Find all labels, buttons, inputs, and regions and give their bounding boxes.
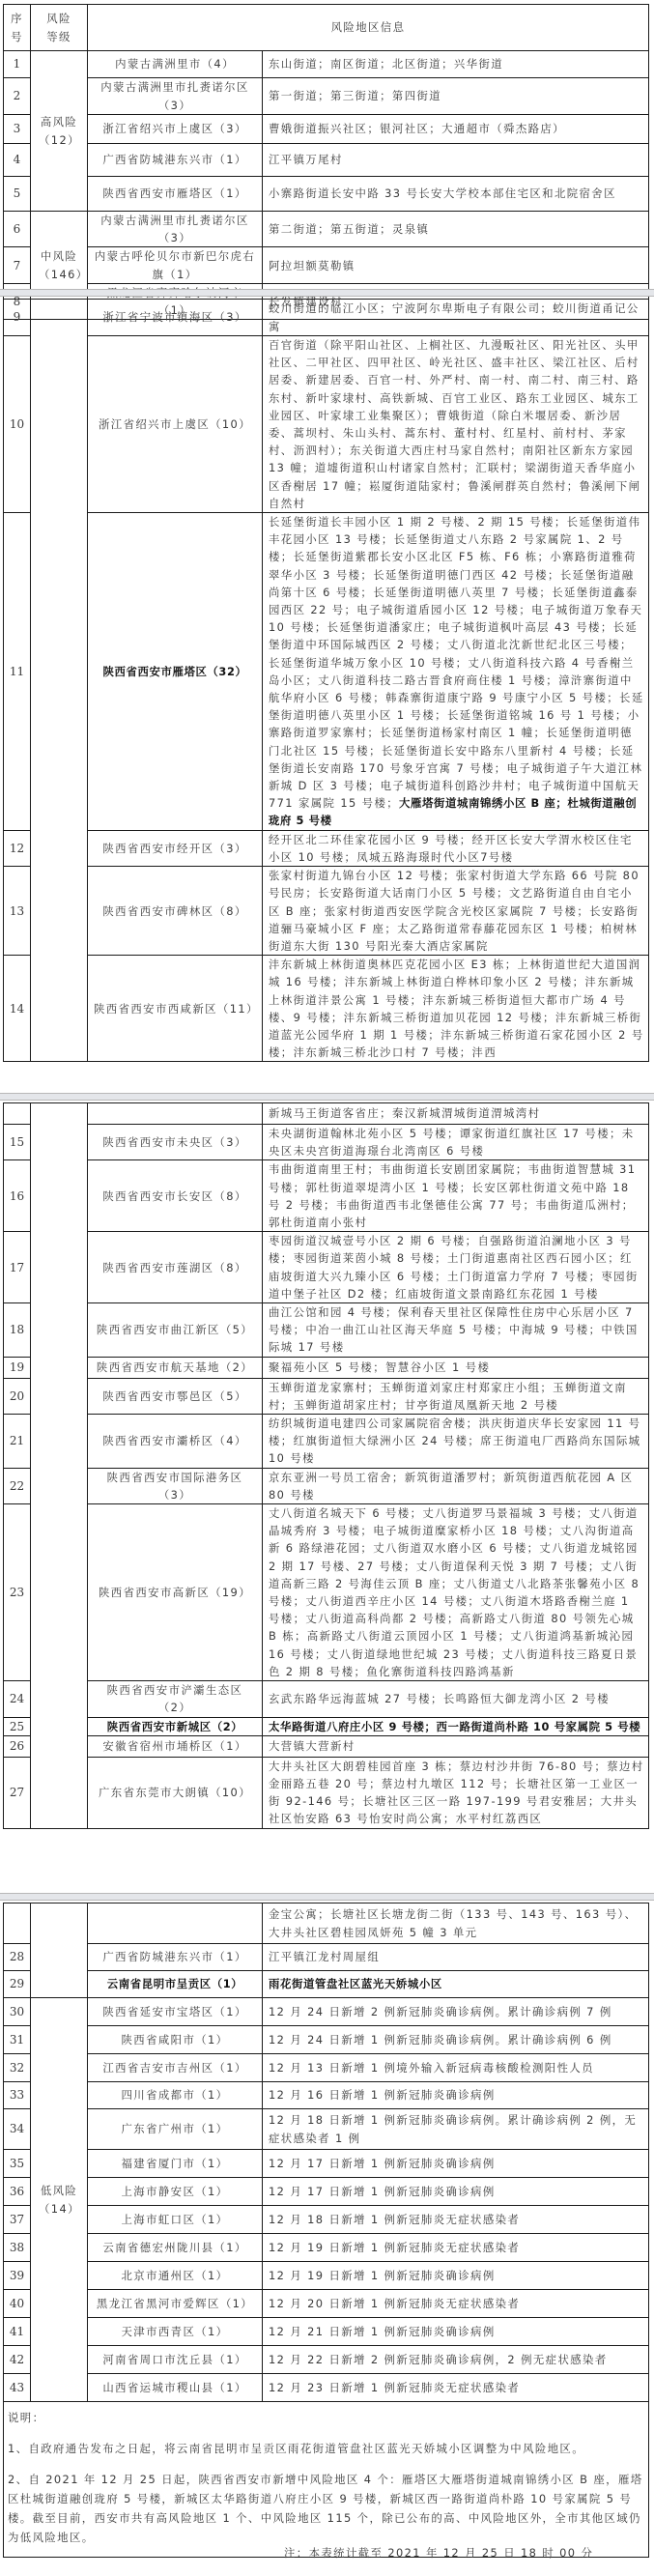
table-row: 28 广西省防城港东兴市（1） 江平镇江龙村周屋组	[4, 1944, 649, 1971]
table-row: 41 天津市西青区（1） 12 月 21 日新增 1 例新冠肺炎确诊病例	[4, 2318, 649, 2346]
row-no: 23	[4, 1504, 31, 1681]
row-area: 上海市静安区（1）	[88, 2178, 263, 2206]
row-info: 第一街道；第三街道；第四街道	[263, 78, 649, 115]
row-no: 17	[4, 1232, 31, 1303]
table-row: 2 内蒙古满洲里市扎赉诺尔区（3） 第一街道；第三街道；第四街道	[4, 78, 649, 115]
row-area: 陕西省西安市灞桥区（4）	[88, 1415, 263, 1469]
table-row: 34 广东省广州市（1） 12 月 18 日新增 1 例新冠肺炎确诊病例。累计确…	[4, 2109, 649, 2150]
row-info: 阿拉坦额莫勒镇	[263, 247, 649, 283]
level-medium-cont	[31, 1903, 88, 1998]
row-no	[4, 1103, 31, 1125]
level-medium-cont	[31, 1103, 88, 1829]
table-row: 5 陕西省西安市雁塔区（1） 小寨路街道长安中路 33 号长安大学校本部住宅区和…	[4, 177, 649, 212]
row-info: 12 月 24 日新增 1 例新冠肺炎确诊病例。累计确诊病例 6 例	[263, 2026, 649, 2054]
row-area: 陕西省西安市浐灞生态区（2）	[88, 1681, 263, 1717]
table-row: 37 上海市虹口区（1） 12 月 18 日新增 1 例新冠肺炎无症状感染者	[4, 2206, 649, 2234]
row-area: 陕西省西安市未央区（3）	[88, 1125, 263, 1160]
row-no: 40	[4, 2290, 31, 2318]
row-no: 19	[4, 1357, 31, 1378]
table-row: 33 四川省成都市（1） 12 月 16 日新增 1 例新冠肺炎确诊病例	[4, 2082, 649, 2109]
row-info: 沣东新城上林街道奥林匹克花园小区 E3 栋；上林街道世纪大道国润城 16 号楼；…	[263, 956, 649, 1062]
row-info: 玉蝉街道龙家寨村；玉蝉街道刘家庄村郑家庄小组；玉蝉街道文南村；玉蝉街道胡家庄村；…	[263, 1378, 649, 1414]
page-break	[0, 1893, 654, 1901]
risk-table-page-3: 新城马王街道客省庄；秦汉新城渭城街道渭城湾村 15 陕西省西安市未央区（3） 未…	[3, 1102, 649, 1829]
table-row: 7 内蒙古呼伦贝尔市新巴尔虎右旗（1） 阿拉坦额莫勒镇	[4, 247, 649, 283]
row-info: 12 月 18 日新增 1 例新冠肺炎确诊病例。累计确诊病例 2 例，无症状感染…	[263, 2109, 649, 2150]
table-row: 10 浙江省绍兴市上虞区（10） 百官街道（除平阳山社区、上榈社区、九漫畈社区、…	[4, 336, 649, 513]
table-row: 19 陕西省西安市航天基地（2） 聚福苑小区 5 号楼；智慧谷小区 1 号楼	[4, 1357, 649, 1378]
page-2: 9 浙江省宁波市镇海区（3） 蛟川街道的临江小区；宁波阿尔卑斯电子有限公司；蛟川…	[3, 299, 648, 1062]
table-row: 6 中风险（146） 内蒙古满洲里市扎赉诺尔区（3） 第二街道；第五街道；灵泉镇	[4, 212, 649, 247]
row-info: 大营镇大营新村	[263, 1735, 649, 1757]
row-area: 陕西省西安市高新区（19）	[88, 1504, 263, 1681]
table-row: 金宝公寓；长塘社区长塘龙街二街（133 号、143 号、163 号）、大井头社区…	[4, 1903, 649, 1944]
row-no: 35	[4, 2150, 31, 2178]
row-info: 纺织城街道电建四公司家属院宿舍楼；洪庆街道庆华长安家园 11 号楼；红旗街道恒大…	[263, 1415, 649, 1469]
row-info: 新城马王街道客省庄；秦汉新城渭城街道渭城湾村	[263, 1103, 649, 1125]
row-info: 12 月 19 日新增 1 例新冠肺炎无症状感染者	[263, 2234, 649, 2262]
row-info: 丈八街道名城天下 6 号楼；丈八街道罗马景福城 3 号楼；丈八街道晶城秀府 3 …	[263, 1504, 649, 1681]
row-info: 12 月 23 日新增 1 例新冠肺炎无症状感染者	[263, 2374, 649, 2402]
table-row: 36 上海市静安区（1） 12 月 17 日新增 1 例新冠肺炎确诊病例	[4, 2178, 649, 2206]
table-row: 9 浙江省宁波市镇海区（3） 蛟川街道的临江小区；宁波阿尔卑斯电子有限公司；蛟川…	[4, 300, 649, 336]
table-row: 32 江西省吉安市吉州区（1） 12 月 13 日新增 1 例境外输入新冠病毒核…	[4, 2054, 649, 2082]
table-row: 26 安徽省宿州市埇桥区（1） 大营镇大营新村	[4, 1735, 649, 1757]
note-item-1: 1、自政府通告发布之日起，将云南省昆明市呈贡区雨花街道管盘社区蓝光天娇城小区调整…	[8, 2439, 644, 2458]
row-area	[88, 1903, 263, 1944]
row-area: 陕西省西安市航天基地（2）	[88, 1357, 263, 1378]
row-no: 24	[4, 1681, 31, 1717]
table-row: 40 黑龙江省黑河市爱辉区（1） 12 月 20 日新增 1 例新冠肺炎无症状感…	[4, 2290, 649, 2318]
table-row: 27 广东省东莞市大朗镇（10） 大井头社区大朗碧桂园首座 3 栋；蔡边村沙井街…	[4, 1757, 649, 1828]
row-area: 陕西省西安市长安区（8）	[88, 1160, 263, 1232]
row-no: 3	[4, 115, 31, 144]
row-no: 22	[4, 1468, 31, 1503]
row-area: 浙江省宁波市镇海区（3）	[88, 300, 263, 336]
row-no: 7	[4, 247, 31, 283]
row-info: 未央湖街道翰林北苑小区 5 号楼；谭家街道红旗社区 17 号楼；未央区未央宫街道…	[263, 1125, 649, 1160]
row-info: 第二街道；第五街道；灵泉镇	[263, 212, 649, 247]
row-area: 陕西省西安市鄠邑区（5）	[88, 1378, 263, 1414]
row-area: 浙江省绍兴市上虞区（3）	[88, 115, 263, 144]
table-row: 1 高风险（12） 内蒙古满洲里市（4） 东山街道；南区街道；北区街道；兴华街道	[4, 51, 649, 78]
row-no: 13	[4, 867, 31, 956]
level-low: 低风险（14）	[31, 1998, 88, 2402]
row-area: 陕西省西安市经开区（3）	[88, 830, 263, 866]
row-no: 15	[4, 1125, 31, 1160]
row-no: 30	[4, 1998, 31, 2026]
row-no: 11	[4, 513, 31, 831]
table-row: 17 陕西省西安市莲湖区（8） 枣园街道汉城壹号小区 2 期 6 号楼；自强路街…	[4, 1232, 649, 1303]
row-area: 陕西省西安市雁塔区（32）	[88, 513, 263, 831]
notes-title: 说明：	[8, 2408, 644, 2427]
row-no: 1	[4, 51, 31, 78]
row-area: 陕西省西安市西咸新区（11）	[88, 956, 263, 1062]
row-area: 广西省防城港东兴市（1）	[88, 144, 263, 177]
table-row: 15 陕西省西安市未央区（3） 未央湖街道翰林北苑小区 5 号楼；谭家街道红旗社…	[4, 1125, 649, 1160]
row-area: 天津市西青区（1）	[88, 2318, 263, 2346]
row-no: 21	[4, 1415, 31, 1469]
row-area: 陕西省西安市雁塔区（1）	[88, 177, 263, 212]
row-area: 黑龙江省黑河市爱辉区（1）	[88, 2290, 263, 2318]
row-area: 陕西省西安市曲江新区（5）	[88, 1303, 263, 1358]
row-info: 江平镇万尾村	[263, 144, 649, 177]
row-info: 12 月 18 日新增 1 例新冠肺炎无症状感染者	[263, 2206, 649, 2234]
row-no: 5	[4, 177, 31, 212]
row-no: 27	[4, 1757, 31, 1828]
row-area: 陕西省西安市莲湖区（8）	[88, 1232, 263, 1303]
table-row: 新城马王街道客省庄；秦汉新城渭城街道渭城湾村	[4, 1103, 649, 1125]
row-info: 小寨路街道长安中路 33 号长安大学校本部住宅区和北院宿舍区	[263, 177, 649, 212]
header-level: 风险等级	[31, 5, 88, 51]
header-info: 风险地区信息	[88, 5, 649, 51]
row-no: 9	[4, 300, 31, 336]
row-no: 18	[4, 1303, 31, 1358]
row-info: 大井头社区大朗碧桂园首座 3 栋；蔡边村沙井街 76-80 号；蔡边村金丽路五巷…	[263, 1757, 649, 1828]
row-no: 16	[4, 1160, 31, 1232]
table-row: 11 陕西省西安市雁塔区（32） 长延堡街道长丰园小区 1 期 2 号楼、2 期…	[4, 513, 649, 831]
table-row: 21 陕西省西安市灞桥区（4） 纺织城街道电建四公司家属院宿舍楼；洪庆街道庆华长…	[4, 1415, 649, 1469]
row-area: 陕西省咸阳市（1）	[88, 2026, 263, 2054]
row-area: 广东省广州市（1）	[88, 2109, 263, 2150]
page-4: 金宝公寓；长塘社区长塘龙街二街（133 号、143 号、163 号）、大井头社区…	[3, 1903, 648, 2558]
table-row: 4 广西省防城港东兴市（1） 江平镇万尾村	[4, 144, 649, 177]
row-area: 内蒙古满洲里市扎赉诺尔区（3）	[88, 78, 263, 115]
risk-table-page-4: 金宝公寓；长塘社区长塘龙街二街（133 号、143 号、163 号）、大井头社区…	[3, 1903, 649, 2558]
row-area: 陕西省西安市国际港务区（3）	[88, 1468, 263, 1503]
table-row: 23 陕西省西安市高新区（19） 丈八街道名城天下 6 号楼；丈八街道罗马景福城…	[4, 1504, 649, 1681]
row-info: 12 月 17 日新增 1 例新冠肺炎确诊病例	[263, 2150, 649, 2178]
row-no: 26	[4, 1735, 31, 1757]
notes-cell: 说明： 1、自政府通告发布之日起，将云南省昆明市呈贡区雨花街道管盘社区蓝光天娇城…	[4, 2402, 649, 2558]
row-no: 34	[4, 2109, 31, 2150]
row-no: 28	[4, 1944, 31, 1971]
row-area: 河南省周口市沈丘县（1）	[88, 2346, 263, 2374]
row-info: 长延堡街道长丰园小区 1 期 2 号楼、2 期 15 号楼；长延堡街道伟丰花园小…	[263, 513, 649, 831]
header-no: 序号	[4, 5, 31, 51]
footnote: 注：本表统计截至 2021 年 12 月 25 日 18 时 00 分	[284, 2545, 593, 2561]
row-info: 雨花街道管盘社区蓝光天娇城小区	[263, 1971, 649, 1998]
row-info: 东山街道；南区街道；北区街道；兴华街道	[263, 51, 649, 78]
row-no: 43	[4, 2374, 31, 2402]
table-row: 22 陕西省西安市国际港务区（3） 京东亚洲一号员工宿舍；新筑街道潘罗村；新筑街…	[4, 1468, 649, 1503]
row-area: 上海市虹口区（1）	[88, 2206, 263, 2234]
row-info: 京东亚洲一号员工宿舍；新筑街道潘罗村；新筑街道西航花园 A 区 80 号楼	[263, 1468, 649, 1503]
row-area: 广东省东莞市大朗镇（10）	[88, 1757, 263, 1828]
row-info: 太华路街道八府庄小区 9 号楼；西一路街道尚朴路 10 号家属院 5 号楼	[263, 1717, 649, 1735]
row-no: 32	[4, 2054, 31, 2082]
row-area: 福建省厦门市（1）	[88, 2150, 263, 2178]
row-area	[88, 1103, 263, 1125]
row-no: 25	[4, 1717, 31, 1735]
row-info: 曹娥街道振兴社区；银河社区；大通超市（舜杰路店）	[263, 115, 649, 144]
row-no: 37	[4, 2206, 31, 2234]
table-row: 39 北京市通州区（1） 12 月 19 日新增 1 例新冠肺炎确诊病例	[4, 2262, 649, 2290]
row-info: 枣园街道汉城壹号小区 2 期 6 号楼；自强路街道泊澜地小区 3 号楼；枣园街道…	[263, 1232, 649, 1303]
row-info-text: 长延堡街道长丰园小区 1 期 2 号楼、2 期 15 号楼；长延堡街道伟丰花园小…	[269, 515, 644, 810]
table-row: 42 河南省周口市沈丘县（1） 12 月 22 日新增 2 例新冠肺炎确诊病例，…	[4, 2346, 649, 2374]
table-row: 12 陕西省西安市经开区（3） 经开区北二环佳家花园小区 9 号楼；经开区长安大…	[4, 830, 649, 866]
risk-table-page-2: 9 浙江省宁波市镇海区（3） 蛟川街道的临江小区；宁波阿尔卑斯电子有限公司；蛟川…	[3, 299, 649, 1062]
table-row: 30 低风险（14） 陕西省延安市宝塔区（1） 12 月 24 日新增 2 例新…	[4, 1998, 649, 2026]
level-medium-cont	[31, 300, 88, 1062]
table-row: 43 山西省运城市稷山县（1） 12 月 23 日新增 1 例新冠肺炎无症状感染…	[4, 2374, 649, 2402]
row-area: 江西省吉安市吉州区（1）	[88, 2054, 263, 2082]
row-no: 4	[4, 144, 31, 177]
row-info: 聚福苑小区 5 号楼；智慧谷小区 1 号楼	[263, 1357, 649, 1378]
page-3: 新城马王街道客省庄；秦汉新城渭城街道渭城湾村 15 陕西省西安市未央区（3） 未…	[3, 1102, 648, 1829]
table-row: 29 云南省昆明市呈贡区（1） 雨花街道管盘社区蓝光天娇城小区	[4, 1971, 649, 1998]
table-row: 38 云南省德宏州陇川县（1） 12 月 19 日新增 1 例新冠肺炎无症状感染…	[4, 2234, 649, 2262]
row-no: 29	[4, 1971, 31, 1998]
table-row: 24 陕西省西安市浐灞生态区（2） 玄武东路华远海蓝城 27 号楼；长鸣路恒大御…	[4, 1681, 649, 1717]
row-area: 山西省运城市稷山县（1）	[88, 2374, 263, 2402]
row-info: 12 月 13 日新增 1 例境外输入新冠病毒核酸检测阳性人员	[263, 2054, 649, 2082]
row-no: 14	[4, 956, 31, 1062]
table-row: 18 陕西省西安市曲江新区（5） 曲江公馆和园 4 号楼；保利春天里社区保障性住…	[4, 1303, 649, 1358]
page-break	[0, 289, 654, 297]
note-item-2: 2、自 2021 年 12 月 25 日起，陕西省西安市新增中风险地区 4 个：…	[8, 2470, 644, 2547]
page-break	[0, 1093, 654, 1101]
row-info: 百官街道（除平阳山社区、上榈社区、九漫畈社区、阳光社区、头甲社区、二甲社区、四甲…	[263, 336, 649, 513]
row-no: 6	[4, 212, 31, 247]
row-info: 张家村街道九锦台小区 12 号楼；张家村街道大学东路 66 号院 80 号民房；…	[263, 867, 649, 956]
row-info: 蛟川街道的临江小区；宁波阿尔卑斯电子有限公司；蛟川街道甬记公寓	[263, 300, 649, 336]
row-area: 内蒙古呼伦贝尔市新巴尔虎右旗（1）	[88, 247, 263, 283]
risk-table-page-1: 序号 风险等级 风险地区信息 1 高风险（12） 内蒙古满洲里市（4） 东山街道…	[3, 4, 649, 320]
row-info: 玄武东路华远海蓝城 27 号楼；长鸣路恒大御龙湾小区 2 号楼	[263, 1681, 649, 1717]
row-info: 12 月 17 日新增 1 例新冠肺炎确诊病例	[263, 2178, 649, 2206]
table-row: 14 陕西省西安市西咸新区（11） 沣东新城上林街道奥林匹克花园小区 E3 栋；…	[4, 956, 649, 1062]
row-info: 经开区北二环佳家花园小区 9 号楼；经开区长安大学渭水校区住宅小区 10 号楼；…	[263, 830, 649, 866]
table-row: 35 福建省厦门市（1） 12 月 17 日新增 1 例新冠肺炎确诊病例	[4, 2150, 649, 2178]
table-header: 序号 风险等级 风险地区信息	[4, 5, 649, 51]
row-no: 20	[4, 1378, 31, 1414]
row-area: 陕西省西安市新城区（2）	[88, 1717, 263, 1735]
row-no: 42	[4, 2346, 31, 2374]
row-info: 12 月 24 日新增 2 例新冠肺炎确诊病例。累计确诊病例 7 例	[263, 1998, 649, 2026]
row-no: 12	[4, 830, 31, 866]
row-no: 36	[4, 2178, 31, 2206]
row-area: 安徽省宿州市埇桥区（1）	[88, 1735, 263, 1757]
row-area: 浙江省绍兴市上虞区（10）	[88, 336, 263, 513]
row-info: 12 月 21 日新增 1 例新冠肺炎确诊病例	[263, 2318, 649, 2346]
row-info: 12 月 19 日新增 1 例新冠肺炎确诊病例	[263, 2262, 649, 2290]
row-no: 10	[4, 336, 31, 513]
row-no: 38	[4, 2234, 31, 2262]
table-row: 31 陕西省咸阳市（1） 12 月 24 日新增 1 例新冠肺炎确诊病例。累计确…	[4, 2026, 649, 2054]
row-area: 内蒙古满洲里市（4）	[88, 51, 263, 78]
row-area: 陕西省延安市宝塔区（1）	[88, 1998, 263, 2026]
row-info: 金宝公寓；长塘社区长塘龙街二街（133 号、143 号、163 号）、大井头社区…	[263, 1903, 649, 1944]
row-area: 云南省德宏州陇川县（1）	[88, 2234, 263, 2262]
table-row: 13 陕西省西安市碑林区（8） 张家村街道九锦台小区 12 号楼；张家村街道大学…	[4, 867, 649, 956]
row-info: 江平镇江龙村周屋组	[263, 1944, 649, 1971]
notes-section: 说明： 1、自政府通告发布之日起，将云南省昆明市呈贡区雨花街道管盘社区蓝光天娇城…	[4, 2402, 649, 2558]
table-row: 3 浙江省绍兴市上虞区（3） 曹娥街道振兴社区；银河社区；大通超市（舜杰路店）	[4, 115, 649, 144]
row-info: 12 月 22 日新增 2 例新冠肺炎确诊病例，2 例无症状感染者	[263, 2346, 649, 2374]
row-no: 2	[4, 78, 31, 115]
row-area: 内蒙古满洲里市扎赉诺尔区（3）	[88, 212, 263, 247]
row-info: 曲江公馆和园 4 号楼；保利春天里社区保障性住房中心乐居小区 7 号楼；中冶一曲…	[263, 1303, 649, 1358]
row-no: 33	[4, 2082, 31, 2109]
row-no: 31	[4, 2026, 31, 2054]
page-1: 序号 风险等级 风险地区信息 1 高风险（12） 内蒙古满洲里市（4） 东山街道…	[3, 4, 648, 320]
table-row: 16 陕西省西安市长安区（8） 韦曲街道南里王村；韦曲街道长安剧团家属院；韦曲街…	[4, 1160, 649, 1232]
table-row: 25 陕西省西安市新城区（2） 太华路街道八府庄小区 9 号楼；西一路街道尚朴路…	[4, 1717, 649, 1735]
row-area: 广西省防城港东兴市（1）	[88, 1944, 263, 1971]
row-no	[4, 1903, 31, 1944]
row-no: 39	[4, 2262, 31, 2290]
row-area: 云南省昆明市呈贡区（1）	[88, 1971, 263, 1998]
table-row: 20 陕西省西安市鄠邑区（5） 玉蝉街道龙家寨村；玉蝉街道刘家庄村郑家庄小组；玉…	[4, 1378, 649, 1414]
row-no: 41	[4, 2318, 31, 2346]
row-info: 韦曲街道南里王村；韦曲街道长安剧团家属院；韦曲街道智慧城 31 号楼；郭杜街道翠…	[263, 1160, 649, 1232]
row-info: 12 月 16 日新增 1 例新冠肺炎确诊病例	[263, 2082, 649, 2109]
row-area: 四川省成都市（1）	[88, 2082, 263, 2109]
row-info: 12 月 20 日新增 1 例新冠肺炎无症状感染者	[263, 2290, 649, 2318]
row-area: 北京市通州区（1）	[88, 2262, 263, 2290]
row-area: 陕西省西安市碑林区（8）	[88, 867, 263, 956]
level-high: 高风险（12）	[31, 51, 88, 212]
